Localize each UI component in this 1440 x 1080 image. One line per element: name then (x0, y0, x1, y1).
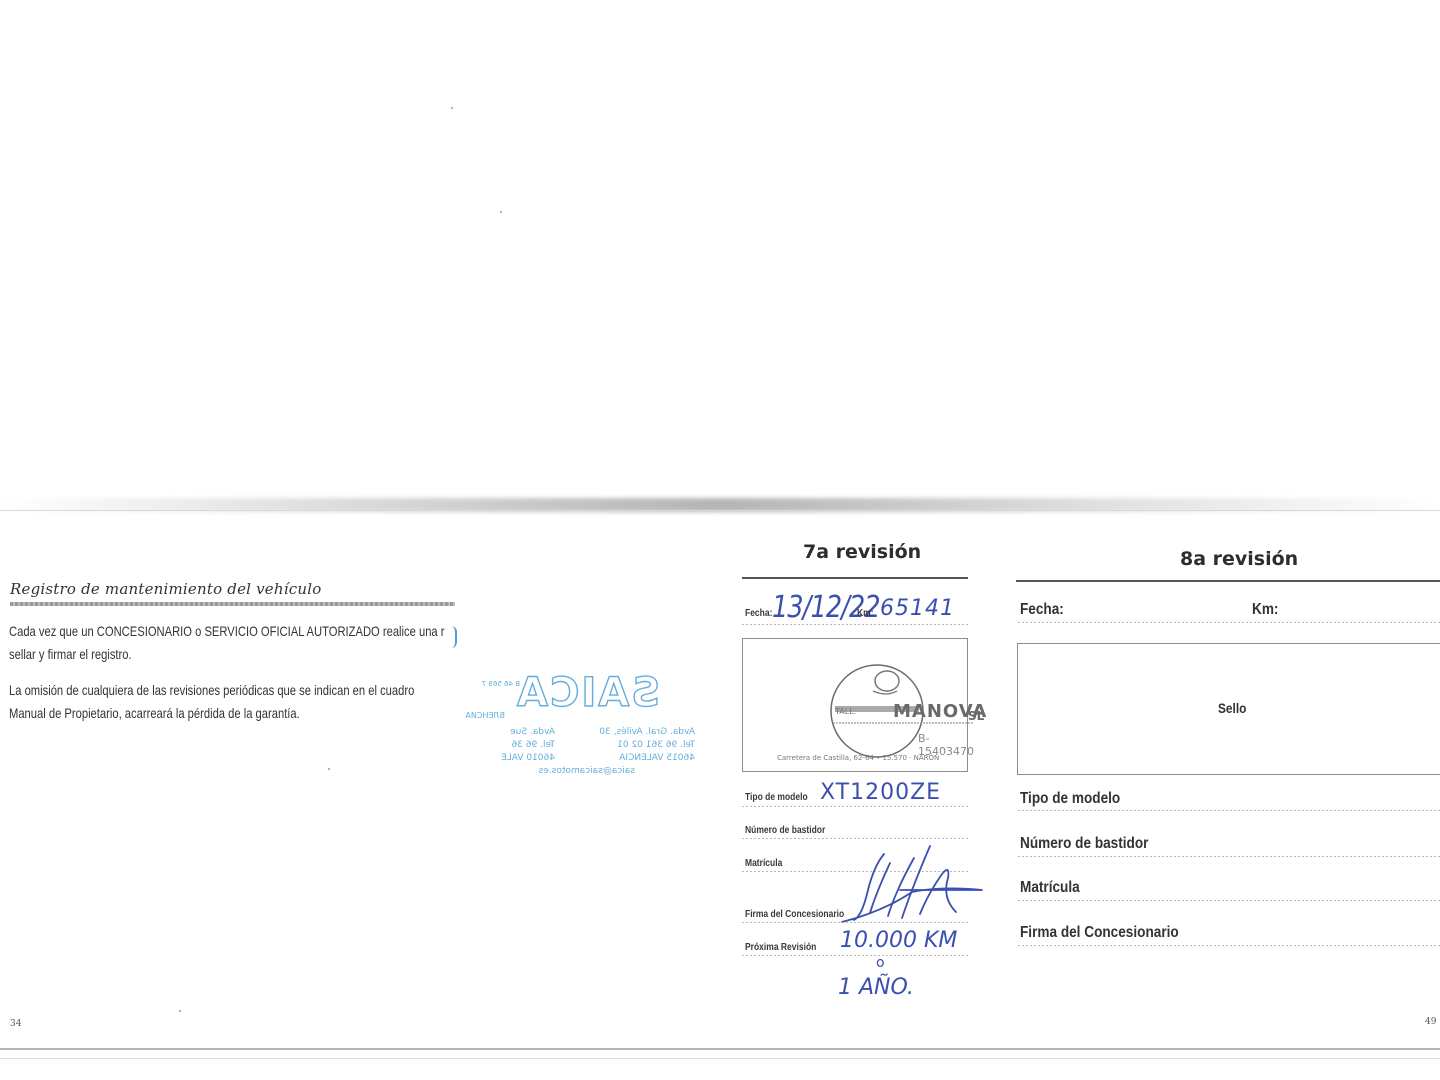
warranty-line-1: La omisión de cualquiera de las revision… (9, 679, 461, 702)
intro-paragraph: Cada vez que un CONCESIONARIO o SERVICIO… (9, 620, 461, 666)
rev7-firma-label: Firma del Concesionario (745, 909, 844, 920)
rev8-tipo-modelo-line (1018, 810, 1440, 811)
rev8-stamp-box: Sello (1017, 643, 1440, 775)
rev7-matricula-label: Matrícula (745, 858, 782, 869)
saica-right-line-1: Avda. Gral. Avilés, 30 (599, 726, 695, 738)
rev7-fecha-label: Fecha: (745, 608, 772, 619)
blue-ink-mark (449, 626, 457, 648)
revision-8-rule (1016, 580, 1440, 582)
rev8-sello-label: Sello (1218, 700, 1246, 716)
rev7-proxima-value-year: 1 AÑO. (838, 975, 914, 1000)
intro-line-2: sellar y firmar el registro. (9, 643, 461, 666)
stamp-prefix: TALL. (835, 707, 856, 716)
rev7-tipo-modelo-line (742, 806, 968, 807)
page-bottom-edge-2 (0, 1058, 1440, 1059)
saica-right-line-3: 46015 VALENCIA (619, 752, 695, 764)
page-fold-line (0, 510, 1440, 511)
rev7-proxima-value-km: 10.000 KM (840, 928, 957, 953)
page-number-left: 34 (10, 1019, 21, 1029)
saica-left-line-3: 46010 VALE (501, 752, 555, 764)
saica-email: saica@saicamotos.es (539, 765, 635, 777)
section-title-rule (10, 602, 455, 606)
rev8-bastidor-label: Número de bastidor (1020, 835, 1148, 853)
scan-speck (328, 768, 330, 770)
revision-7-rule (742, 577, 968, 579)
rev7-km-value: 65141 (880, 596, 955, 621)
rev8-firma-line (1018, 945, 1440, 946)
section-title: Registro de mantenimiento del vehículo (10, 580, 321, 598)
dealer-signature-icon (840, 838, 990, 928)
saica-left-line-2: Tel. 96 36 (512, 739, 556, 751)
rev7-stamp-box: TALL. MANOVA SL B-15403470 Carretera de … (742, 638, 968, 772)
saica-logo: SAICA (515, 670, 660, 716)
saica-left-line-1: Avda. Sue (510, 726, 555, 738)
rev7-proxima-label: Próxima Revisión (745, 942, 816, 953)
saica-right-line-2: Tel. 96 361 02 01 (617, 739, 695, 751)
page-bottom-edge (0, 1048, 1440, 1050)
rev7-firma-line (742, 922, 968, 923)
stamp-address: Carretera de Castilla, 62-64 • 15.570 · … (777, 754, 939, 762)
revision-8-title: 8a revisión (1180, 548, 1298, 570)
page-number-right: 49 (1425, 1017, 1436, 1027)
stamp-company-suffix: SL (968, 709, 984, 723)
rev8-km-label: Km: (1252, 601, 1278, 619)
rev7-fecha-line (742, 624, 968, 625)
scan-speck (500, 211, 502, 213)
rev8-matricula-label: Matrícula (1020, 879, 1080, 897)
rev8-bastidor-line (1018, 856, 1440, 857)
rev8-fecha-km-line (1018, 622, 1440, 623)
saica-sub: ВЛЕНСИА (465, 710, 505, 722)
intro-line-1: Cada vez que un CONCESIONARIO o SERVICIO… (9, 620, 461, 643)
rev8-tipo-modelo-label: Tipo de modelo (1020, 790, 1120, 808)
saica-dealer-stamp: SAICA B 46 569 7 ВЛЕНСИА Avda. Sue Tel. … (455, 668, 695, 783)
rev7-km-label: Km: (857, 608, 874, 619)
scan-speck (451, 107, 453, 109)
rev7-bastidor-label: Número de bastidor (745, 825, 825, 836)
saica-ref: B 46 569 7 (482, 678, 520, 690)
rev7-tipo-modelo-value: XT1200ZE (820, 780, 941, 805)
warranty-line-2: Manual de Propietario, acarreará la pérd… (9, 702, 461, 725)
revision-7-title: 7a revisión (803, 541, 921, 563)
rev8-fecha-label: Fecha: (1020, 601, 1064, 619)
warranty-paragraph: La omisión de cualquiera de las revision… (9, 679, 461, 725)
rev7-proxima-value-or: o (876, 955, 885, 971)
rev8-firma-label: Firma del Concesionario (1020, 924, 1179, 942)
rev7-tipo-modelo-label: Tipo de modelo (745, 792, 808, 803)
scan-speck (179, 1010, 181, 1012)
rev7-proxima-line (742, 955, 968, 956)
rev8-matricula-line (1018, 900, 1440, 901)
